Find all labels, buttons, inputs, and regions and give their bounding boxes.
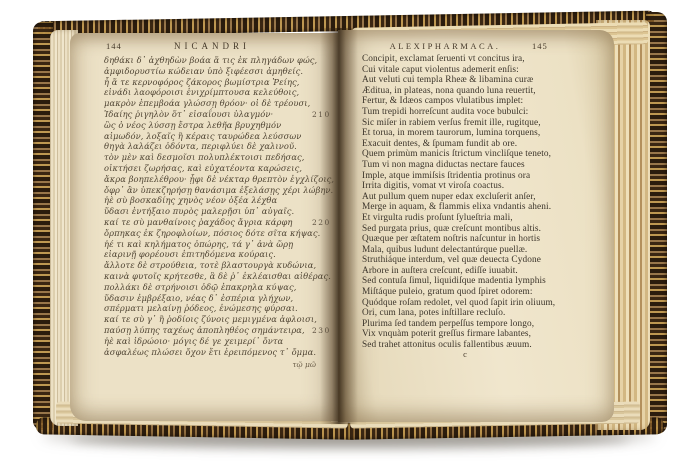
verse-line: ἠέ τι καὶ κηλήματος ὀπώρης, τά γ᾽ ἀνὰ ὥρ…: [104, 239, 316, 250]
verse-line: Sed contuſa ſimul, liquidiſque madentia …: [362, 276, 568, 287]
verse-line: Fertur, & Idæos campos vlulatibus implet…: [362, 96, 568, 107]
verse-line: Et torua, in morem taurorum, lumina torq…: [362, 128, 568, 139]
verse-line: Mala, quibus ludunt delectantúrque puell…: [362, 245, 568, 256]
verse-line: Tum vi non magna diductas nectare fauces: [362, 160, 568, 171]
verse-line: ἄκρα βοηπελέθρου· ᾗφι δὲ νέκταρ θρεπτὸν …: [104, 174, 316, 185]
verse-line: Arbore in auſtera creſcunt, ediſſe iuuab…: [362, 266, 568, 277]
verse-line: ὕδασι ἐντήξαιο πυρὸς μαλερῇσι ὑπ᾽ αὐγαῖς…: [104, 206, 316, 217]
verse-line: ἠὲ καὶ ἱδρώοιο· μόγις δέ γε χειμερί᾽ ὄντ…: [104, 336, 316, 347]
verse-line: ἠὲ σὺ βοσκαδίης χηνὸς νέον ὀξέα λέχθα: [104, 195, 316, 206]
verse-line: πολλάκι δὲ στρήνοισι ὁδῷ ἐπακρηλα κύψας,: [104, 282, 316, 293]
verse-line: ὄρπηκας ἐκ ζηροφλοίων, πόσιος δότε σῖτα …: [104, 228, 316, 239]
greek-verse-block: δηθάκι δ᾽ ἀχθηδὼν βοάα ἅ τις ἐκ πληγάδων…: [104, 55, 316, 357]
right-running-head: ALEXIPHARMACA. 145: [360, 41, 566, 53]
verse-line: Et virgulta rudis proſunt ſylueſtria mal…: [362, 213, 568, 224]
verse-line: Concipit, exclamat ſeruenti vt concitus …: [362, 54, 568, 65]
verse-line: Ori, cum lana, potes inſtillare recluſo.: [362, 308, 568, 319]
verse-line: Quem primùm manicis ſtrictum vincliſque …: [362, 149, 568, 160]
verse-line: ἀσφαλέως πλώσει ὄχον ἔτι ἐρειπόμενος τ᾽ …: [104, 347, 316, 358]
verse-line: ὣς ὁ νέος λύσσῃ ἔστρα λεθῆα βρυχηθμόν: [104, 120, 316, 131]
signature-mark: c: [362, 349, 568, 359]
verse-line: ἄλλοτε δὲ στρούθεια, τοτὲ βλαστουργὰ κυδ…: [104, 260, 316, 271]
verse-line: εἰαρινῇ φορέουσι ἐπιτηδόμενα κούραις.: [104, 249, 316, 260]
verse-line: ὕδασιν ἐμβρέξαιο, νέας δ᾽ ἐσπέρια γλήχων…: [104, 293, 316, 304]
verse-line: Merge in aquam, & flammis elixa vndantis…: [362, 202, 568, 213]
verse-line: Cui vitale caput violentus ademerit enſi…: [362, 65, 568, 76]
verse-line: Sed purgata prius, quæ creſcunt montibus…: [362, 224, 568, 235]
verse-line: μακρὸν ἐπεμβοάα γλώσσῃ θρόον· οἱ δὲ τρέο…: [104, 98, 316, 109]
verse-line: Sic miſer in rabiem verſus fremit ille, …: [362, 118, 568, 129]
verse-line: ὄφρ᾽ ἂν ὑπεκζηρήσῃ θανάσιμα ἐξελάσῃς χέρ…: [104, 185, 316, 196]
verse-line: ἦ ἅ τε κερνοφόρος ζάκορος βωμίστρια Ῥείη…: [104, 77, 316, 88]
verse-line: Irrita digitis, vomat vt viroſa coactus.: [362, 181, 568, 192]
verse-line: Struthiáque interdum, vel quæ deuecta Cy…: [362, 255, 568, 266]
verse-line: παύσῃ λύπης ταχέως ἀποπληθέος σημάντειρα…: [104, 325, 316, 336]
verse-line: Quæque per æſtatem noſtris naſcuntur in …: [362, 234, 568, 245]
verse-line: Æditua, in plateas, nona quando luna reu…: [362, 86, 568, 97]
verse-line: θηγὰ λαλάζει ὀδόντα, περιφλύει δὲ χαλινο…: [104, 141, 316, 152]
verse-line: Exacuit dentes, & ſpumam fundit ab ore.: [362, 139, 568, 150]
verse-line: Ἰδαίης ῥιγηλὸν ὅτ᾽ εἰσαΐουσι ὑλαγμόν·210: [104, 109, 316, 120]
verse-line: Aut veluti cui templa Rheæ & libamina cu…: [362, 75, 568, 86]
right-running-title: ALEXIPHARMACA.: [360, 41, 530, 51]
verse-line: Aut pullum quem nuper edax excluſerit an…: [362, 192, 568, 203]
latin-verse-block: Concipit, exclamat ſeruenti vt concitus …: [362, 54, 568, 351]
verse-line: δηθάκι δ᾽ ἀχθηδὼν βοάα ἅ τις ἐκ πληγάδων…: [104, 55, 316, 66]
verse-line: τὸν μὲν καὶ δεσμοῖσι πολυπλέκτοισι πεδήσ…: [104, 152, 316, 163]
verse-line: οἰκτήσει ζωρήσας, καὶ εὐχατέοντα καρώσει…: [104, 163, 316, 174]
verse-line: Miſtáque puleio, gratum quod ſpiret odor…: [362, 287, 568, 298]
left-running-head: 144 NICANDRI: [104, 41, 320, 53]
verse-line: αἱμωδόν, λοξαῖς ἢ κέραις ταυρώδεα λεύσσω…: [104, 131, 316, 142]
left-catchword: τῷ μῶ: [104, 360, 316, 369]
verse-line: καινὰ φυτοῖς κρήτεσθε, ἃ δὲ ῥ᾽ ἐκλέαισθα…: [104, 271, 316, 282]
verse-line: Plurima ſed tandem perpeſſus tempore lon…: [362, 319, 568, 330]
verse-line: Imple, atque immiſsis ſtridentia protinu…: [362, 171, 568, 182]
left-running-title: NICANDRI: [104, 41, 320, 51]
verse-line: καί τε σὺ γ᾽ ἢ ῥοδίοις ζύνοις μεμιγμένα …: [104, 314, 316, 325]
verse-line: καί τε σὺ μανθαίνοις ῥαχάδος ἄγρια κάρφη…: [104, 217, 316, 228]
verse-line: εἰνάδι λαοφόροισι ἐνιχρίμπτουσα κελεύθοι…: [104, 87, 316, 98]
verse-line: ἀμφιδορυστίω κώδειαν ὑπὸ ξιφέεσσι ἀμηθεί…: [104, 66, 316, 77]
verse-line: Vix vnquàm poterit greſſus firmare laban…: [362, 329, 568, 340]
verse-line: Tum trepidi horreſcunt audita voce bubul…: [362, 107, 568, 118]
verse-line: Quódque roſam redolet, vel quod ſapit ir…: [362, 298, 568, 309]
verse-line: σπέρματι μελαίνῃ ῥόδεος, ἐνώμεσης φύρσαι…: [104, 303, 316, 314]
right-folio-number: 145: [532, 41, 548, 51]
